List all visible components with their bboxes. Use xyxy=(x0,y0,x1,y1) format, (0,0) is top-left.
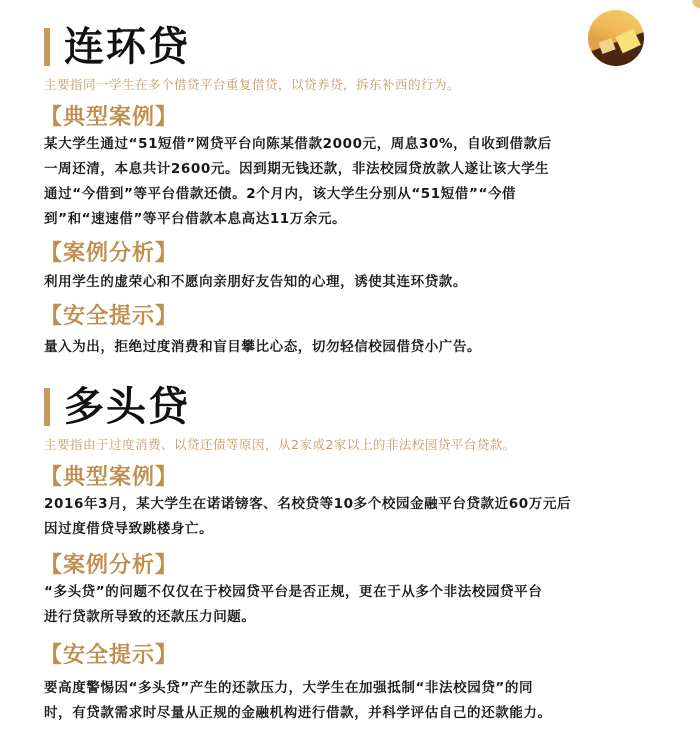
case-line: 2016年3月，某大学生在诺诺镑客、名校贷等10多个校园金融平台贷款近60万元后 xyxy=(44,492,664,517)
tips-line: 时，有贷款需求时尽量从正规的金融机构进行借款，并科学评估自己的还款能力。 xyxy=(44,701,664,726)
section-subtitle: 主要指由于过度消费、以贷还债等原因，从2家或2家以上的非法校园贷平台贷款。 xyxy=(44,436,664,454)
section-duotoudai: 多头贷 主要指由于过度消费、以贷还债等原因，从2家或2家以上的非法校园贷平台贷款… xyxy=(44,382,664,726)
section-lianhuandai: 连环贷 主要指同一学生在多个借贷平台重复借贷，以贷养贷，拆东补西的行为。 【典型… xyxy=(44,22,664,360)
case-line: 通过“今借到”等平台借款还债。2个月内，该大学生分别从“51短借”“今借 xyxy=(44,182,664,207)
title-accent-bar xyxy=(44,28,50,66)
case-line: 一周还清，本息共计2600元。因到期无钱还款，非法校园贷放款人遂让该大学生 xyxy=(44,157,664,182)
tips-body: 要高度警惕因“多头贷”产生的还款压力，大学生在加强抵制“非法校园贷”的同 时，有… xyxy=(44,676,664,726)
section-title: 连环贷 xyxy=(64,22,190,72)
case-heading: 【典型案例】 xyxy=(40,104,664,132)
tips-heading: 【安全提示】 xyxy=(40,303,664,331)
tips-line: 要高度警惕因“多头贷”产生的还款压力，大学生在加强抵制“非法校园贷”的同 xyxy=(44,676,664,701)
analysis-heading: 【案例分析】 xyxy=(40,552,664,580)
analysis-heading: 【案例分析】 xyxy=(40,240,664,268)
case-line: 某大学生通过“51短借”网贷平台向陈某借款2000元，周息30%，自收到借款后 xyxy=(44,132,664,157)
analysis-line: 进行贷款所导致的还款压力问题。 xyxy=(44,605,664,630)
analysis-body: “多头贷”的问题不仅仅在于校园贷平台是否正规，更在于从多个非法校园贷平台 进行贷… xyxy=(44,580,664,630)
case-body: 2016年3月，某大学生在诺诺镑客、名校贷等10多个校园金融平台贷款近60万元后… xyxy=(44,492,664,542)
title-accent-bar xyxy=(44,388,50,426)
analysis-line: “多头贷”的问题不仅仅在于校园贷平台是否正规，更在于从多个非法校园贷平台 xyxy=(44,580,664,605)
analysis-line: 利用学生的虚荣心和不愿向亲朋好友告知的心理，诱使其连环贷款。 xyxy=(44,270,664,295)
case-line: 因过度借贷导致跳楼身亡。 xyxy=(44,517,664,542)
corner-decoration xyxy=(692,0,700,8)
case-heading: 【典型案例】 xyxy=(40,464,664,492)
section-subtitle: 主要指同一学生在多个借贷平台重复借贷，以贷养贷，拆东补西的行为。 xyxy=(44,76,664,94)
section-title-row: 多头贷 xyxy=(44,382,664,432)
section-title-row: 连环贷 xyxy=(44,22,664,72)
case-line: 到”和“速速借”等平台借款本息高达11万余元。 xyxy=(44,207,664,232)
section-title: 多头贷 xyxy=(64,382,190,432)
case-body: 某大学生通过“51短借”网贷平台向陈某借款2000元，周息30%，自收到借款后 … xyxy=(44,132,664,232)
tips-heading: 【安全提示】 xyxy=(40,642,664,670)
tips-line: 量入为出，拒绝过度消费和盲目攀比心态，切勿轻信校园借贷小广告。 xyxy=(44,335,664,360)
